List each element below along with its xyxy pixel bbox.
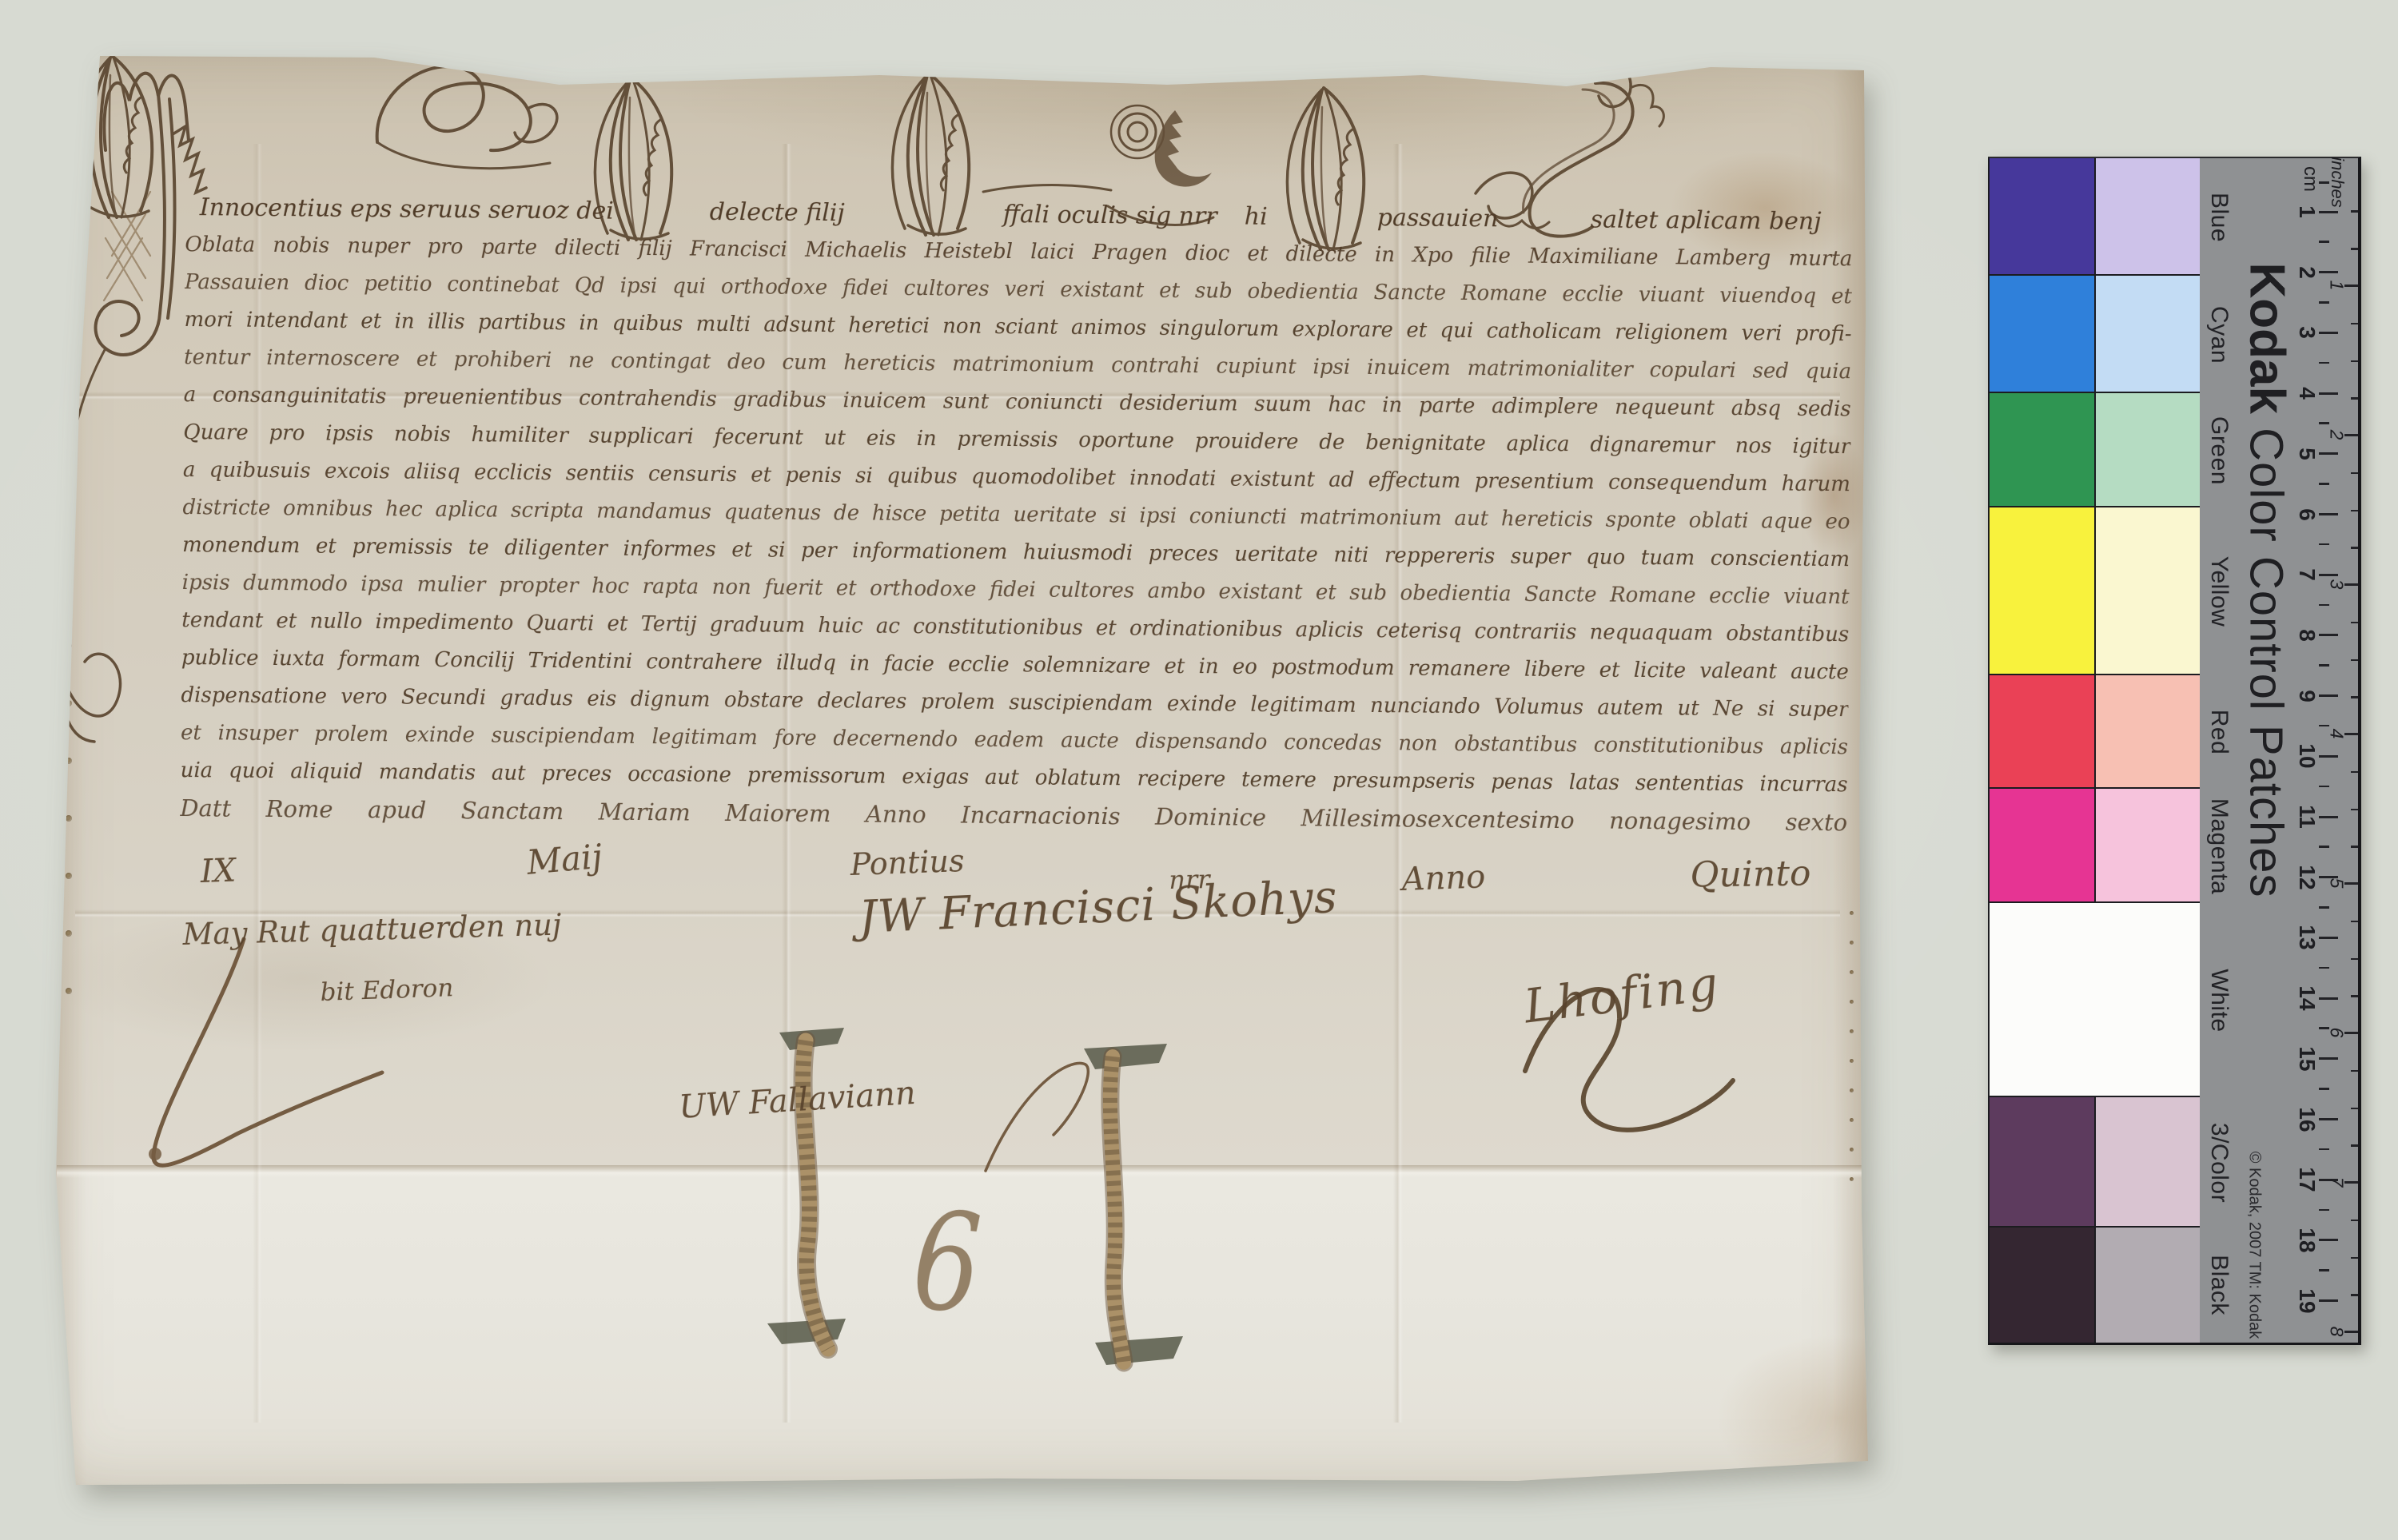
patch-green-solid — [1990, 393, 2096, 506]
color-label-cyan: Cyan — [2205, 305, 2233, 363]
seal-numeral: 6 — [909, 1181, 985, 1345]
ruler-tick-inch — [2344, 1181, 2358, 1184]
ruler-tick-quarter-inch — [2351, 248, 2358, 250]
patch-cyan-solid — [1990, 276, 2096, 392]
ruler-tick-half-cm — [2319, 543, 2329, 546]
patch-row-white — [1990, 903, 2200, 1097]
swash-flourish — [377, 66, 557, 168]
opening-line-segment: ffali oculis sig nrr — [1003, 201, 1217, 230]
ruler-tick-inch — [2344, 583, 2358, 586]
color-label-black: Black — [2205, 1255, 2233, 1315]
patch-row-magenta — [1990, 789, 2200, 903]
ruler-tick-cm — [2319, 1299, 2338, 1302]
date-word: Maij — [525, 837, 603, 882]
ruler-tick-cm — [2319, 332, 2338, 334]
ruler-tick-cm — [2319, 211, 2338, 213]
ruler-cm-number: 12 — [2294, 865, 2320, 889]
ruler-cm-number: 14 — [2294, 986, 2320, 1011]
ruler-tick-half-cm — [2319, 967, 2329, 969]
patch-white — [1990, 903, 2200, 1096]
ruler-tick-half-cm — [2319, 1088, 2329, 1090]
ruler-tick-inch — [2344, 434, 2358, 436]
ruler-tick-quarter-inch — [2351, 397, 2358, 400]
sewing-hole — [66, 585, 72, 591]
ruler-tick-cm — [2319, 755, 2338, 758]
ruler-cm-number: 15 — [2294, 1046, 2320, 1071]
ruler-cm-number: 11 — [2294, 805, 2320, 829]
kodak-color-card: Kodak Color Control Patches © Kodak, 200… — [1988, 157, 2361, 1345]
color-label-blue: Blue — [2205, 192, 2233, 241]
pen-flourish — [149, 939, 382, 1165]
ruler-tick-quarter-inch — [2351, 472, 2358, 475]
ruler-tick-quarter-inch — [2351, 809, 2358, 811]
ruler-tick-half-cm — [2319, 725, 2329, 727]
ruler-tick-cm — [2319, 1239, 2338, 1241]
opening-line-segment: passauien — [1377, 204, 1499, 233]
ruler-cm-number: 2 — [2294, 266, 2320, 279]
sewing-hole — [1850, 1088, 1854, 1092]
date-word: Anno — [1401, 858, 1486, 898]
signature: Lhofing — [1521, 956, 1723, 1034]
date-word: IX — [200, 852, 237, 890]
ruler-cm-number: 4 — [2294, 387, 2320, 400]
patch-cyan-pale — [2096, 276, 2201, 392]
patch-blue-solid — [1990, 158, 2096, 274]
parchment-wrap: Innocentius eps seruus seruoz deidelecte… — [38, 48, 1877, 1494]
signature: UW Fallaviann — [678, 1075, 917, 1126]
ruler-tick-quarter-inch — [2351, 921, 2358, 923]
ruler-tick-half-cm — [2319, 241, 2329, 243]
ruler-tick-inch — [2344, 882, 2358, 885]
patch-row-cyan — [1990, 276, 2200, 393]
ruler-tick-half-cm — [2319, 1209, 2329, 1212]
sewing-hole — [66, 643, 72, 649]
ruler-tick-quarter-inch — [2351, 659, 2358, 662]
ruler-inches-caption: inches — [2327, 157, 2348, 208]
patch-blue-pale — [2096, 158, 2201, 274]
ruler-tick-cm — [2319, 452, 2338, 455]
patch-3-color-pale — [2096, 1097, 2201, 1226]
sewing-hole — [66, 873, 72, 879]
patch-yellow-solid — [1990, 507, 2096, 674]
ruler-tick-quarter-inch — [2351, 1108, 2358, 1110]
ruler-tick-cm — [2319, 271, 2338, 273]
color-label-white: White — [2205, 969, 2233, 1032]
ruler-tick-half-cm — [2319, 604, 2329, 607]
color-label-red: Red — [2205, 710, 2233, 755]
patch-black-pale — [2096, 1228, 2201, 1343]
opening-line-segment: saltet aplicam benj — [1591, 205, 1822, 236]
ruler-tick-quarter-inch — [2351, 210, 2358, 213]
ruler-cm-number: 7 — [2294, 568, 2320, 581]
ruler-tick-quarter-inch — [2351, 360, 2358, 363]
ruler-tick-cm — [2319, 634, 2338, 636]
date-word: Pontius — [850, 843, 965, 882]
sewing-hole — [1850, 911, 1854, 915]
card-title-text: Color Control Patches — [2241, 428, 2292, 897]
patch-yellow-pale — [2096, 507, 2201, 674]
parchment-document: Innocentius eps seruus seruoz deidelecte… — [38, 48, 1877, 1494]
ruler-tick-quarter-inch — [2351, 995, 2358, 997]
patch-grid — [1988, 158, 2200, 1343]
ruler-tick-inch — [2344, 285, 2358, 287]
ruler-tick-quarter-inch — [2351, 622, 2358, 624]
slit-bottom-right — [1095, 1336, 1183, 1365]
slit-bottom-left — [767, 1319, 846, 1344]
ruler-tick-quarter-inch — [2351, 958, 2358, 961]
date-word: Quinto — [1690, 853, 1811, 896]
signature: bit Edoron — [320, 973, 454, 1007]
ruler-tick-cm — [2319, 997, 2338, 1000]
ruler-tick-inch — [2344, 1331, 2358, 1333]
sewing-hole — [66, 240, 72, 246]
ruler-tick-inch — [2344, 733, 2358, 735]
signature: JW Francisci Skohys — [858, 871, 1339, 944]
color-label-3-color: 3/Color — [2205, 1122, 2233, 1202]
sewing-hole — [66, 355, 72, 361]
ruler-tick-half-cm — [2319, 362, 2329, 364]
ruler-cm-number: 3 — [2294, 327, 2320, 340]
ruler-tick-quarter-inch — [2351, 1070, 2358, 1072]
ruler-tick-quarter-inch — [2351, 1144, 2358, 1147]
ruler-tick-quarter-inch — [2351, 696, 2358, 698]
pen-stroke — [986, 1063, 1088, 1171]
patch-row-yellow — [1990, 507, 2200, 675]
ruler-cm-caption: cm — [2299, 166, 2321, 192]
sewing-hole — [1850, 1118, 1854, 1122]
ruler-cm-number: 1 — [2294, 205, 2320, 218]
patch-green-pale — [2096, 393, 2201, 506]
ruler-cm-number: 16 — [2294, 1107, 2320, 1132]
ruler-tick-cm — [2319, 513, 2338, 515]
kodak-logo: Kodak — [2240, 263, 2295, 414]
ruler-tick-half-cm — [2319, 1269, 2329, 1271]
slit-top-right — [1084, 1044, 1167, 1069]
sewing-hole — [1850, 1177, 1854, 1181]
patch-magenta-solid — [1990, 789, 2096, 901]
sewing-hole — [66, 758, 72, 764]
opening-line-segment: hi — [1245, 203, 1268, 231]
ruler-cm-number: 19 — [2294, 1288, 2320, 1313]
sewing-hole — [1850, 970, 1854, 974]
sewing-hole — [1850, 1000, 1854, 1004]
sewing-hole — [66, 412, 72, 419]
ruler-cm-number: 8 — [2294, 629, 2320, 642]
sewing-hole — [66, 815, 72, 822]
ruler-tick-half-cm — [2319, 846, 2329, 848]
photo-scene: Innocentius eps seruus seruoz deidelecte… — [0, 0, 2398, 1540]
manuscript-text-block: Innocentius eps seruus seruoz deidelecte… — [180, 189, 1853, 842]
ruler-tick-inch — [2344, 1032, 2358, 1034]
ruler-tick-cm — [2319, 392, 2338, 395]
ruler-tick-quarter-inch — [2351, 846, 2358, 848]
color-label-green: Green — [2205, 416, 2233, 485]
ruler-cm-number: 5 — [2294, 448, 2320, 460]
ruler-tick-cm — [2319, 816, 2338, 818]
seal-cord-right — [1110, 1057, 1124, 1363]
ruler-tick-cm — [2319, 694, 2338, 697]
patch-red-solid — [1990, 675, 2096, 787]
sewing-hole — [66, 470, 72, 476]
ruler-tick-half-cm — [2319, 664, 2329, 667]
patch-row-3-color — [1990, 1097, 2200, 1228]
ruler-tick-quarter-inch — [2351, 510, 2358, 512]
ruler-cm-number: 17 — [2294, 1168, 2320, 1192]
sewing-hole — [66, 930, 72, 937]
color-label-magenta: Magenta — [2205, 798, 2233, 893]
ruler-tick-cm — [2319, 1118, 2338, 1120]
ruler-tick-quarter-inch — [2351, 323, 2358, 325]
sewing-hole — [1850, 941, 1854, 945]
ruler-cm-number: 9 — [2294, 690, 2320, 702]
patch-magenta-pale — [2096, 789, 2201, 901]
ruler-tick-half-cm — [2319, 301, 2329, 304]
ruler-tick-cm — [2319, 1057, 2338, 1060]
ruler-tick-half-cm — [2319, 422, 2329, 424]
opening-line-segment: Innocentius eps seruus seruoz dei — [200, 193, 614, 225]
ruler-tick-half-cm — [2319, 906, 2329, 909]
sewing-hole — [1850, 1029, 1854, 1033]
opening-line-segment: delecte filij — [710, 198, 845, 227]
patch-row-green — [1990, 393, 2200, 507]
ruler-cm-number: 13 — [2294, 925, 2320, 950]
patch-row-black — [1990, 1228, 2200, 1343]
ruler-cm-number: 6 — [2294, 508, 2320, 521]
card-copyright: © Kodak, 2007 TM: Kodak — [2245, 1152, 2264, 1339]
patch-black-solid — [1990, 1228, 2096, 1343]
manuscript-body: Oblata nobis nuper pro parte dilecti fil… — [180, 226, 1852, 842]
ruler-tick-cm — [2319, 574, 2338, 576]
sewing-hole — [66, 527, 72, 534]
sewing-hole — [66, 297, 72, 304]
ruler-tick-quarter-inch — [2351, 1257, 2358, 1259]
patch-row-red — [1990, 675, 2200, 789]
patch-row-blue — [1990, 158, 2200, 276]
sewing-hole — [1850, 1148, 1854, 1152]
ruler-tick-cm — [2319, 937, 2338, 939]
sewing-hole — [1850, 1059, 1854, 1063]
sewing-hole — [66, 988, 72, 994]
ruler-tick-half-cm — [2319, 483, 2329, 485]
patch-3-color-solid — [1990, 1097, 2096, 1226]
ruler-tick-half-cm — [2319, 1148, 2329, 1151]
color-label-yellow: Yellow — [2205, 556, 2233, 627]
ruler-cm-number: 10 — [2294, 744, 2320, 769]
sewing-hole — [66, 700, 72, 706]
patch-red-pale — [2096, 675, 2201, 787]
ruler-tick-half-cm — [2319, 786, 2329, 788]
leaf-flourish — [75, 56, 152, 217]
ruler-tick-quarter-inch — [2351, 1294, 2358, 1296]
ruler-tick-half-cm — [2319, 181, 2329, 184]
ruler-tick-quarter-inch — [2351, 771, 2358, 774]
ruler-tick-quarter-inch — [2351, 547, 2358, 549]
ruler-cm-number: 18 — [2294, 1228, 2320, 1252]
ruler-tick-quarter-inch — [2351, 1220, 2358, 1222]
card-title: Kodak Color Control Patches — [2239, 263, 2296, 898]
plica-fold — [57, 1165, 1877, 1178]
